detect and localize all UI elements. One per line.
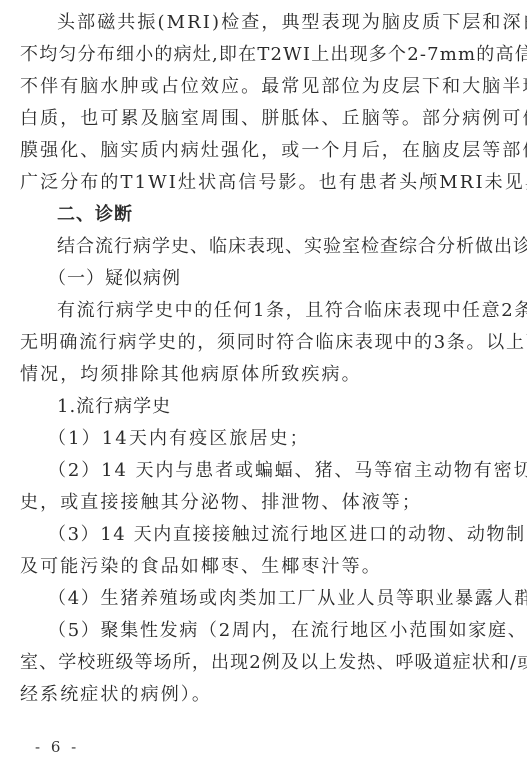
epidemiology-item-3: （3）14 天内直接接触过流行地区进口的动物、动物制品以 <box>48 524 527 546</box>
suspected-case-line: 无明确流行病学史的，须同时符合临床表现中的3条。以上两种 <box>20 332 510 354</box>
section-heading-diagnosis: 二、诊断 <box>57 204 510 226</box>
mri-paragraph-line: 不伴有脑水肿或占位效应。最常见部位为皮层下和大脑半球深部 <box>20 76 510 98</box>
epidemiology-item-5-cont: 室、学校班级等场所，出现2例及以上发热、呼吸道症状和/或神 <box>20 652 510 674</box>
epidemiology-item-5: （5）聚集性发病（2周内，在流行地区小范围如家庭、办公 <box>48 620 527 642</box>
epidemiology-item-5-cont: 经系统症状的病例）。 <box>20 684 510 706</box>
epidemiology-item-3-cont: 及可能污染的食品如椰枣、生椰枣汁等。 <box>20 556 510 578</box>
page-number: - 6 - <box>35 738 79 756</box>
epidemiology-item-2-cont: 史，或直接接触其分泌物、排泄物、体液等； <box>20 492 510 514</box>
epidemiology-heading: 1.流行病学史 <box>57 396 510 418</box>
mri-paragraph-line: 头部磁共振(MRI)检查，典型表现为脑皮质下层和深白质区 <box>57 12 510 34</box>
suspected-case-line: 有流行病学史中的任何1条，且符合临床表现中任意2条； <box>57 300 510 322</box>
mri-paragraph-line: 广泛分布的T1WI灶状高信号影。也有患者头颅MRI未见异常。 <box>20 172 510 194</box>
mri-paragraph-line: 白质，也可累及脑室周围、胼胝体、丘脑等。部分病例可伴软脑 <box>20 108 510 130</box>
epidemiology-item-4: （4）生猪养殖场或肉类加工厂从业人员等职业暴露人群； <box>48 588 527 610</box>
diagnosis-intro: 结合流行病学史、临床表现、实验室检查综合分析做出诊断。 <box>57 236 510 258</box>
epidemiology-item-2: （2）14 天内与患者或蝙蝠、猪、马等宿主动物有密切接触 <box>48 460 527 482</box>
mri-paragraph-line: 不均匀分布细小的病灶,即在T2WI上出现多个2-7mm的高信号灶， <box>20 44 510 66</box>
subsection-heading-suspected-case: （一）疑似病例 <box>48 268 527 290</box>
document-page: 头部磁共振(MRI)检查，典型表现为脑皮质下层和深白质区 不均匀分布细小的病灶,… <box>0 0 527 763</box>
epidemiology-item-1: （1）14天内有疫区旅居史； <box>48 428 527 450</box>
mri-paragraph-line: 膜强化、脑实质内病灶强化，或一个月后，在脑皮层等部位出现 <box>20 140 510 162</box>
suspected-case-line: 情况，均须排除其他病原体所致疾病。 <box>20 364 510 386</box>
